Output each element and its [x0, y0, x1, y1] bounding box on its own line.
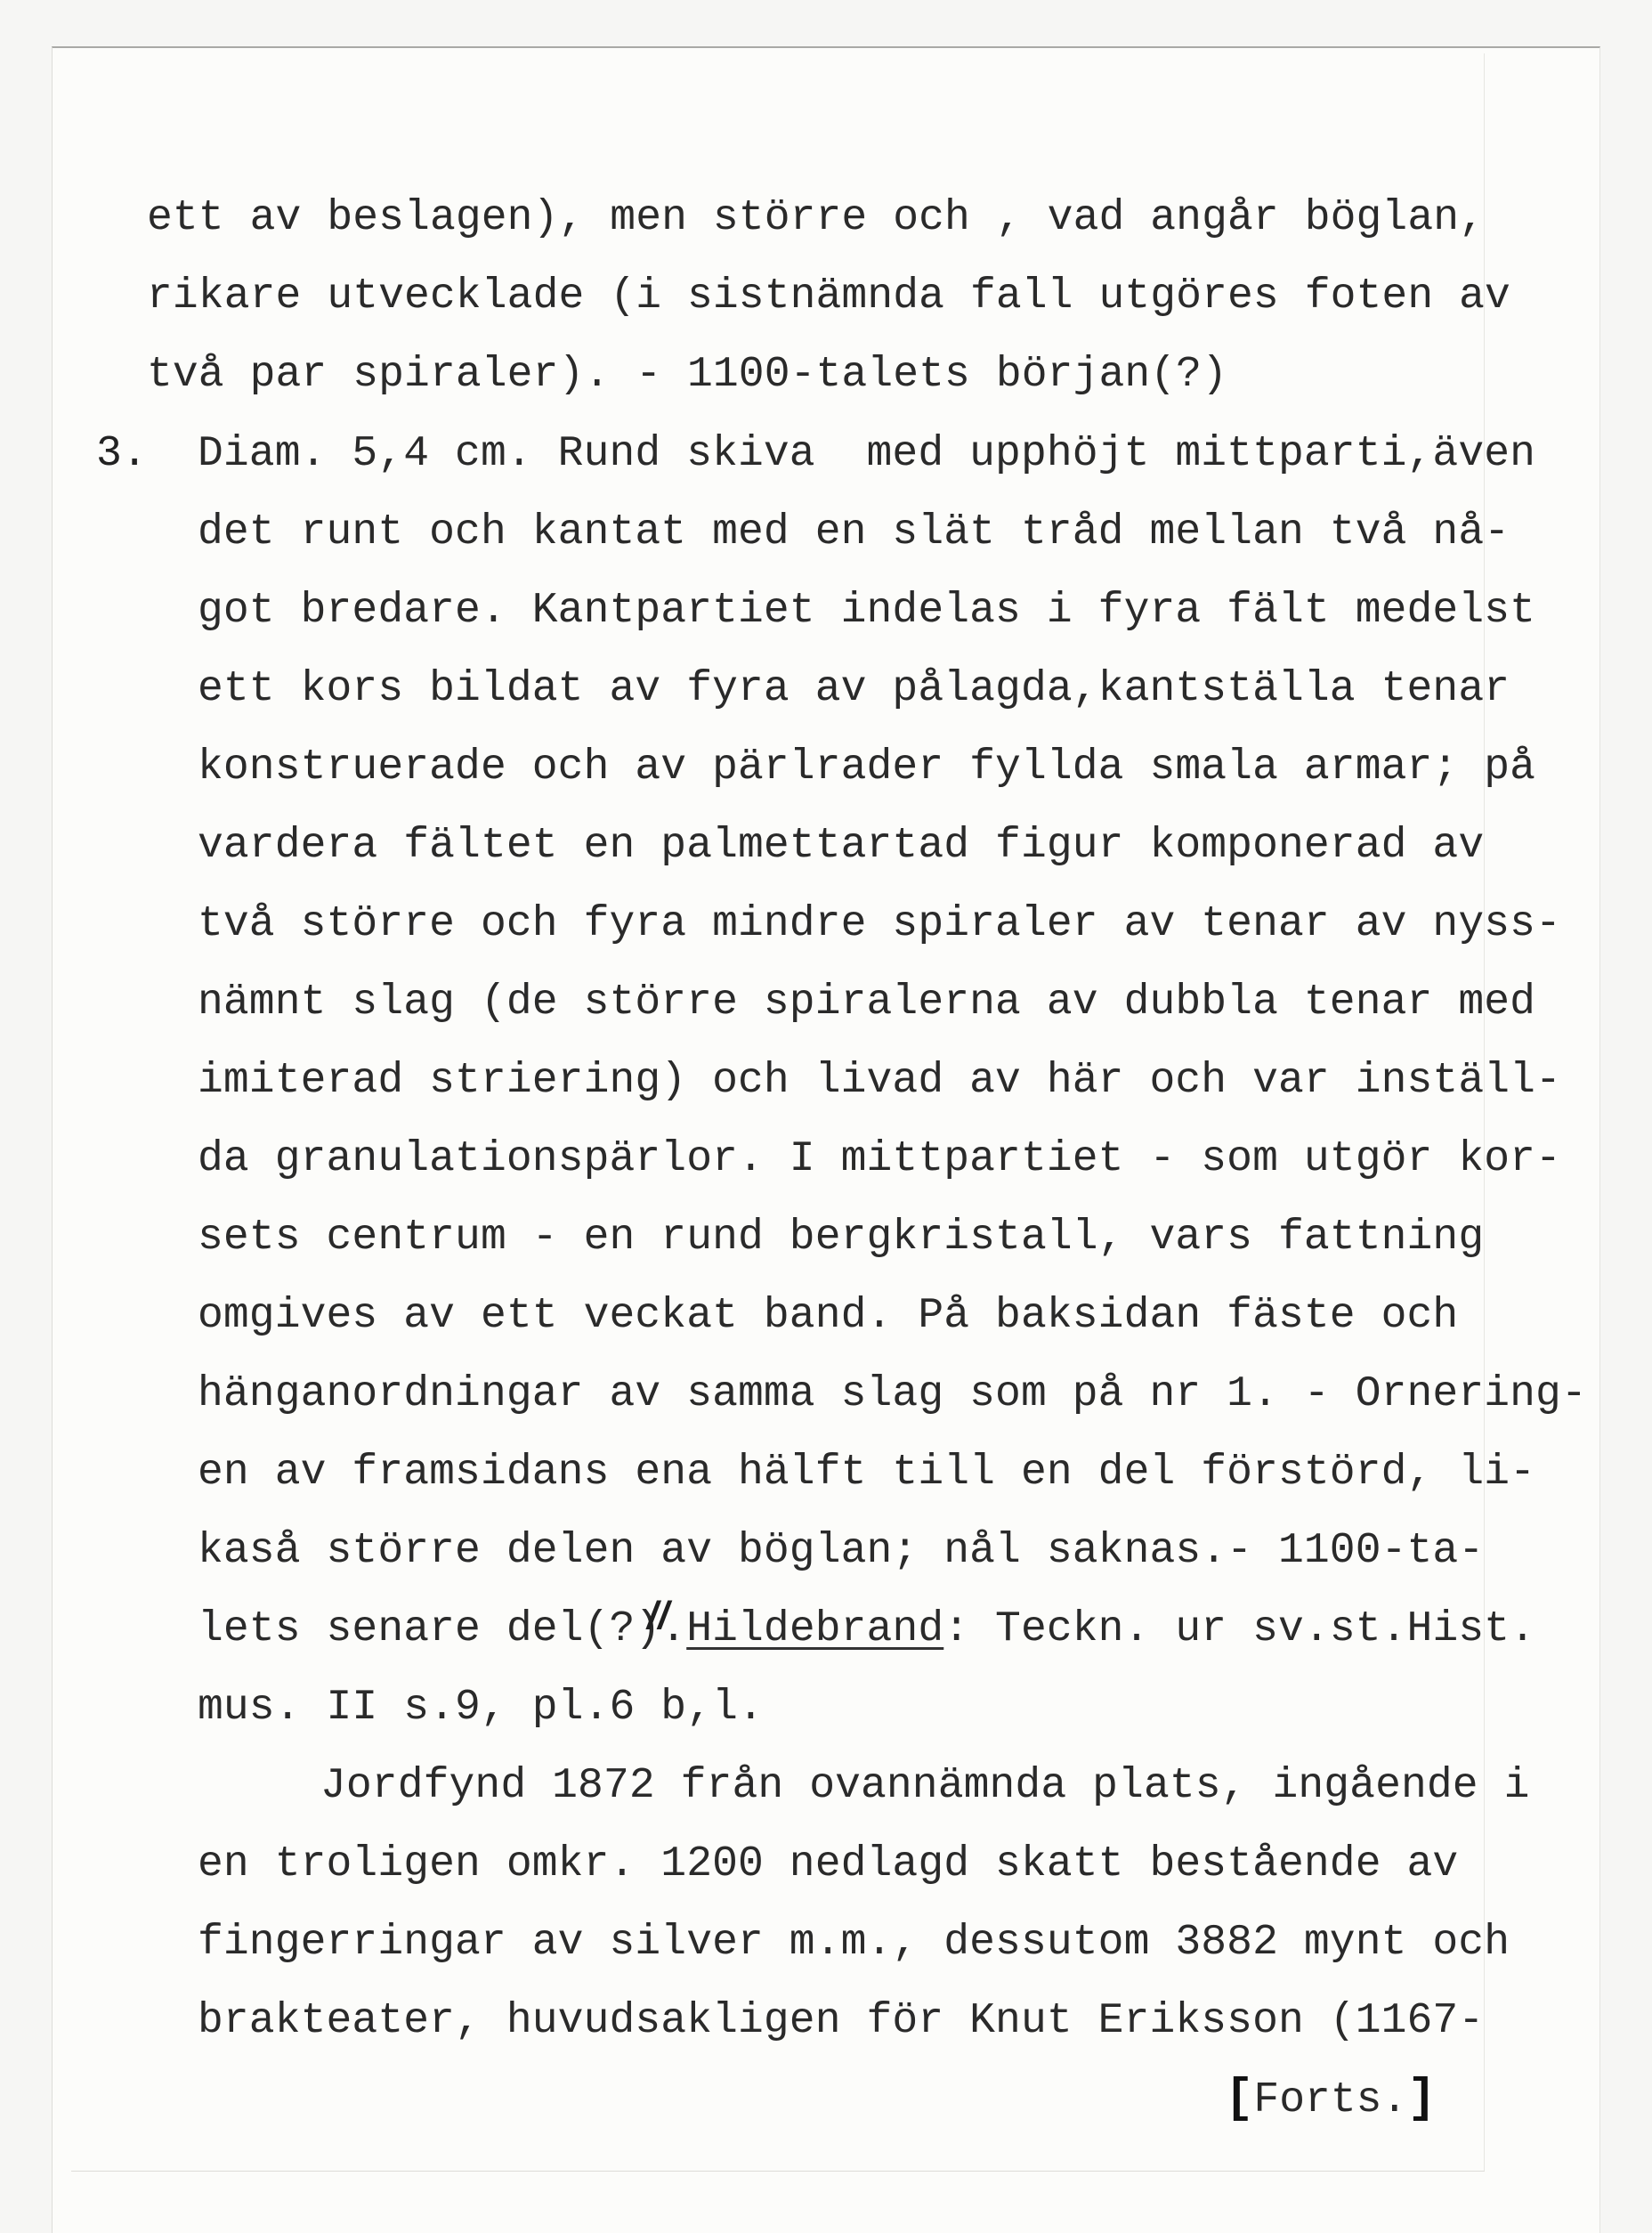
reference-suffix: : Teckn. ur sv.st.Hist.	[943, 1605, 1535, 1653]
reference-prefix: lets senare del(?).	[198, 1605, 686, 1653]
text-line: imiterad striering) och livad av här och…	[198, 1054, 1561, 1108]
text-line: mus. II s.9, pl.6 b,l.	[198, 1681, 764, 1734]
text-line: konstruerade och av pärlrader fyllda sma…	[198, 741, 1535, 794]
page-edge-line	[1484, 53, 1485, 2171]
text-line: två större och fyra mindre spiraler av t…	[198, 897, 1561, 951]
text-line: två par spiraler). - 1100-talets början(…	[147, 348, 1227, 402]
text-line: nämnt slag (de större spiralerna av dubb…	[198, 976, 1535, 1029]
close-bracket: ]	[1407, 2072, 1436, 2126]
text-line: ett av beslagen), men större och , vad a…	[147, 191, 1485, 245]
continued-marker: [Forts.]	[1225, 2073, 1437, 2127]
text-line: rikare utvecklade (i sistnämnda fall utg…	[147, 270, 1510, 323]
text-line: Jordfynd 1872 från ovannämnda plats, ing…	[320, 1759, 1530, 1813]
text-line: omgives av ett veckat band. På baksidan …	[198, 1289, 1458, 1343]
handwritten-annotation-mark: //	[647, 1594, 668, 1638]
text-line: sets centrum - en rund bergkristall, var…	[198, 1211, 1484, 1264]
item-number: 3.	[96, 427, 148, 481]
text-line: fingerringar av silver m.m., dessutom 38…	[198, 1916, 1510, 1969]
text-line: ett kors bildat av fyra av pålagda,kants…	[198, 662, 1510, 716]
open-bracket: [	[1225, 2072, 1253, 2126]
continued-text: Forts.	[1253, 2076, 1407, 2124]
text-line: da granulationspärlor. I mittpartiet - s…	[198, 1133, 1561, 1186]
text-line: brakteater, huvudsakligen för Knut Eriks…	[198, 1994, 1484, 2048]
text-line: got bredare. Kantpartiet indelas i fyra …	[198, 584, 1535, 637]
text-line: vardera fältet en palmettartad figur kom…	[198, 819, 1484, 873]
text-line: en av framsidans ena hälft till en del f…	[198, 1446, 1535, 1499]
text-line: en troligen omkr. 1200 nedlagd skatt bes…	[198, 1838, 1458, 1891]
reference-author: Hildebrand	[686, 1605, 943, 1653]
reference-line: lets senare del(?).Hildebrand: Teckn. ur…	[198, 1603, 1535, 1656]
text-line: hänganordningar av samma slag som på nr …	[198, 1368, 1587, 1421]
text-line: Diam. 5,4 cm. Rund skiva med upphöjt mit…	[198, 427, 1535, 481]
text-line: det runt och kantat med en slät tråd mel…	[198, 506, 1510, 559]
text-line: kaså större delen av böglan; nål saknas.…	[198, 1524, 1484, 1578]
page-bottom-line	[71, 2171, 1485, 2172]
